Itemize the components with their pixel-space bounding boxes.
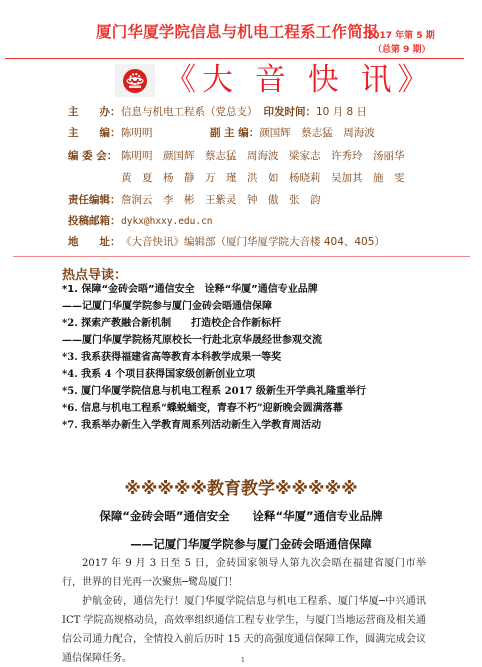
sponsor-value: 信息与机电工程系（党总支） (121, 104, 258, 120)
hot-topic-item-7[interactable]: *7. 我系举办新生入学教育周系列活动新生入学教育周活动 (62, 418, 321, 434)
address-value: 《大音快讯》编辑部（厦门华厦学院大音楼 404、405） (121, 234, 385, 250)
department-logo (115, 64, 155, 97)
sponsor-row: 主 办：信息与机电工程系（党总支）印发时间：10 月 8 日 (68, 104, 367, 120)
email-label: 投稿邮箱： (68, 213, 121, 229)
committee-label: 编 委 会： (68, 148, 121, 164)
issue-date-label: 印发时间： (264, 104, 317, 120)
chief-editor-label: 主 编： (68, 125, 121, 141)
responsible-editor-label: 责任编辑： (68, 192, 121, 208)
deputy-editor-value: 颜国辉 蔡志猛 周海波 (259, 125, 375, 141)
sponsor-label: 主 办： (68, 104, 121, 120)
issue-total-number: （总第 9 期） (373, 42, 431, 55)
article-paragraph-1: 2017 年 9 月 3 日至 5 日，金砖国家领导人第九次会晤在福建省厦门市举… (62, 554, 426, 592)
responsible-editor-row: 责任编辑：詹润云 李 彬 王紫灵 钟 傲 张 韵 (68, 192, 321, 208)
hot-topic-item-5[interactable]: *5. 厦门华厦学院信息与机电工程系 2017 级新生开学典礼隆重举行 (62, 384, 366, 400)
article-paragraph-2: 护航金砖，通信先行！厦门华厦学院信息与机电工程系、厦门华厦─中兴通讯 ICT 学… (62, 592, 426, 667)
issue-number: 2017 年第 5 期 (367, 28, 435, 41)
hot-topic-item-4[interactable]: *4. 我系 4 个项目获得国家级创新创业立项 (62, 367, 255, 383)
hot-topics-title: 热点导读： (62, 264, 127, 283)
section-header-education: ※※※※※教育教学※※※※※ (0, 474, 482, 499)
committee-members-line1: 陈明明 颜国辉 蔡志猛 周海波 梁家志 许秀玲 汤丽华 (121, 148, 405, 164)
committee-row: 编 委 会：陈明明 颜国辉 蔡志猛 周海波 梁家志 许秀玲 汤丽华 (68, 148, 405, 164)
chief-editor-row: 主 编：陈明明副 主 编：颜国辉 蔡志猛 周海波 (68, 125, 375, 141)
chief-editor-value: 陈明明 (121, 125, 210, 141)
address-label: 地 址： (68, 234, 121, 250)
page-number: 1 (241, 657, 245, 664)
email-row: 投稿邮箱：dykx@hxxy.edu.cn (68, 213, 213, 229)
info-divider (13, 256, 470, 257)
newsletter-masthead-title: 厦门华厦学院信息与机电工程系工作简报 (96, 20, 379, 42)
hot-topic-item-1-subtitle[interactable]: ——记厦门华厦学院参与厦门金砖会晤通信保障 (62, 299, 272, 315)
committee-members-line2: 黄 夏 杨 静 万 瑾 洪 如 杨晓莉 吴加其 施 雯 (121, 170, 405, 186)
article-title: 保障“金砖会晤”通信安全 诠释“华厦”通信专业品牌 (0, 508, 482, 524)
hot-topic-item-2-subtitle[interactable]: ——厦门华厦学院杨芃原校长一行赴北京华晟经世参观交流 (62, 333, 322, 349)
hot-topic-item-1[interactable]: *1. 保障“金砖会晤”通信安全 诠释“华厦”通信专业品牌 (62, 282, 318, 298)
address-row: 地 址：《大音快讯》编辑部（厦门华厦学院大音楼 404、405） (68, 234, 385, 250)
article-body: 2017 年 9 月 3 日至 5 日，金砖国家领导人第九次会晤在福建省厦门市举… (62, 554, 426, 667)
article-subtitle: ——记厦门华厦学院参与厦门金砖会晤通信保障 (10, 536, 482, 552)
hot-topic-item-6[interactable]: *6. 信息与机电工程系“蝶蜕蛹变，青春不朽”迎新晚会圆满落幕 (62, 401, 343, 417)
deputy-editor-label: 副 主 编： (210, 125, 259, 141)
newsletter-brand-name: 《大 音 快 讯》 (165, 62, 435, 98)
department-gear-logo-icon (123, 69, 147, 93)
responsible-editor-value: 詹润云 李 彬 王紫灵 钟 傲 张 韵 (121, 192, 321, 208)
header-divider (5, 58, 464, 59)
hot-topic-item-3[interactable]: *3. 我系获得福建省高等教育本科教学成果一等奖 (62, 350, 281, 366)
hot-topic-item-2[interactable]: *2. 探索产教融合新机制 打造校企合作新标杆 (62, 316, 281, 332)
submission-email-link[interactable]: dykx@hxxy.edu.cn (121, 214, 213, 230)
committee-row-2: 黄 夏 杨 静 万 瑾 洪 如 杨晓莉 吴加其 施 雯 (121, 170, 405, 186)
issue-date-value: 10 月 8 日 (316, 104, 367, 120)
